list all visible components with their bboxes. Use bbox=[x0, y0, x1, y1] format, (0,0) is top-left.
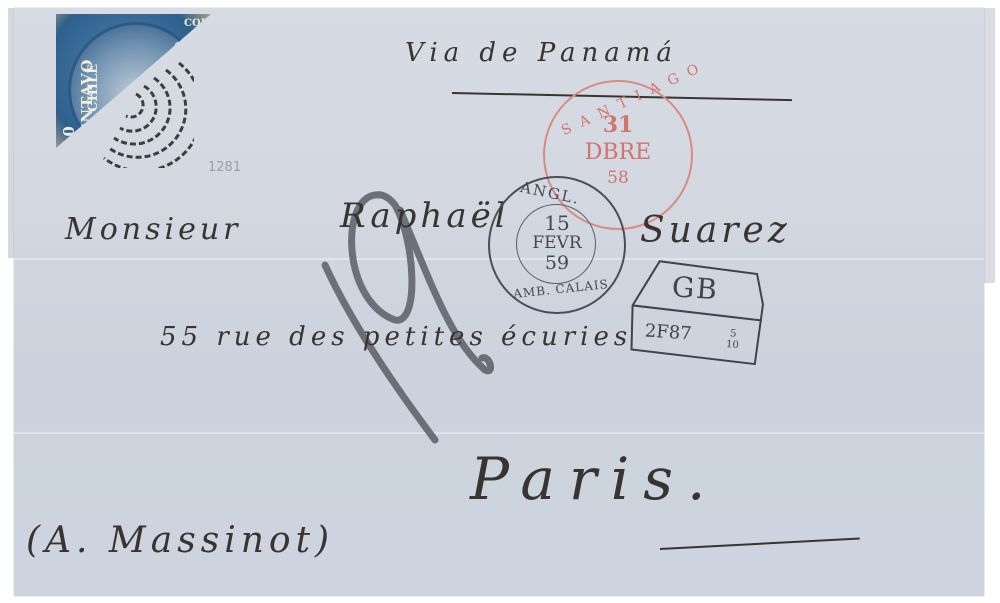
gb-fraction-top: 5 bbox=[726, 328, 739, 340]
sender-name: (A. Massinot) bbox=[26, 520, 334, 561]
black-postmark-year: 59 bbox=[490, 252, 624, 274]
pencil-note: 1281 bbox=[208, 160, 241, 175]
routing-instruction: Via de Panamá bbox=[405, 38, 678, 68]
gb-accountancy-mark: GB 2F87 5 10 bbox=[624, 255, 771, 376]
red-postmark-month: DBRE bbox=[545, 140, 691, 165]
address-last-name: Suarez bbox=[640, 210, 791, 251]
ring-cancel-icon bbox=[84, 58, 194, 168]
address-city: Paris. bbox=[470, 445, 719, 513]
address-street: 55 rue des petites écuries bbox=[160, 322, 632, 352]
gb-fraction: 5 10 bbox=[726, 328, 740, 351]
black-date-postmark: ANGL. 15 FEVR 59 AMB. CALAIS bbox=[488, 176, 626, 314]
black-postmark-day: 15 bbox=[490, 211, 624, 235]
black-postmark-month: FEVR bbox=[490, 233, 624, 253]
gb-rate: 2F87 bbox=[644, 320, 692, 344]
red-postmark-day: 31 bbox=[545, 112, 691, 138]
gb-label: GB bbox=[671, 270, 720, 306]
address-salutation: Monsieur bbox=[65, 212, 242, 247]
address-first-name: Raphaël bbox=[340, 196, 510, 236]
gb-fraction-bottom: 10 bbox=[726, 339, 739, 351]
